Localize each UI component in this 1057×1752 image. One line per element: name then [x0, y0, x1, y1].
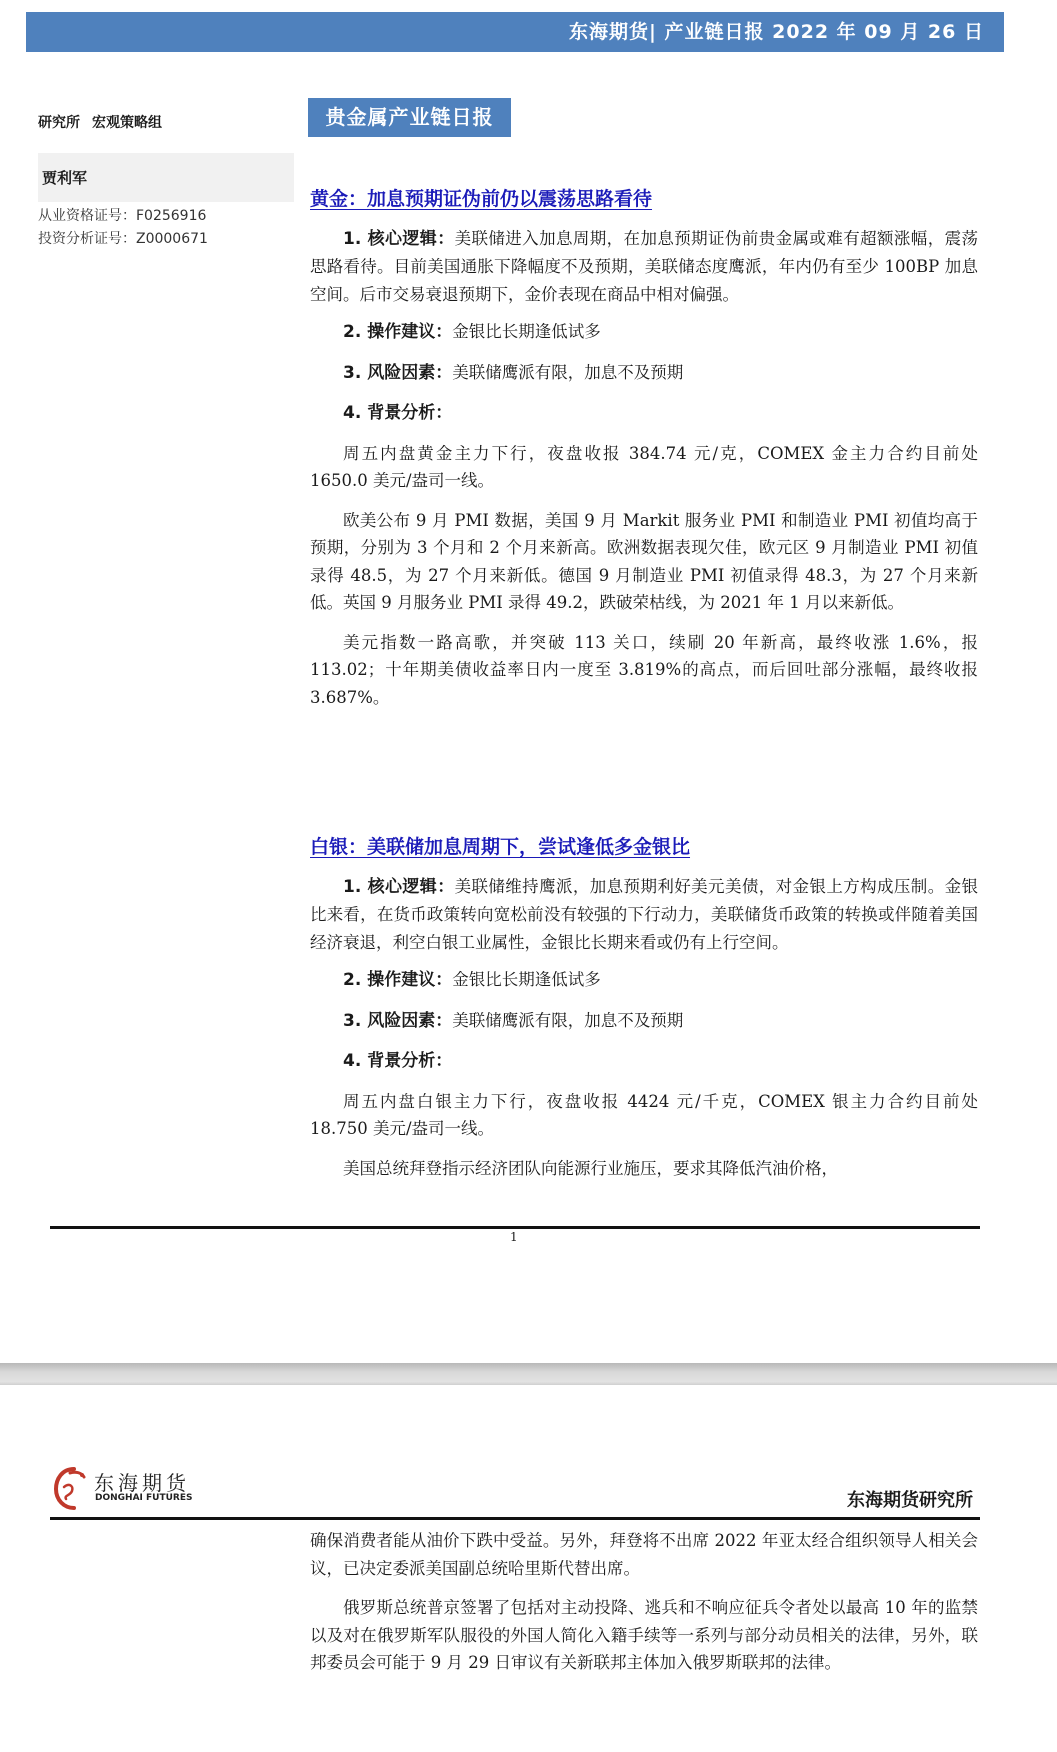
core-logic-label: 1. 核心逻辑：	[343, 877, 455, 897]
qualification-cert: 从业资格证号：F0256916	[38, 205, 206, 225]
gold-background-para: 美元指数一路高歌，并突破 113 关口，续刷 20 年新高，最终收涨 1.6%，…	[310, 629, 978, 712]
report-header-band: 东海期货| 产业链日报 2022 年 09 月 26 日	[26, 12, 1004, 52]
continued-para: 确保消费者能从油价下跌中受益。另外，拜登将不出席 2022 年亚太经合组织领导人…	[310, 1527, 978, 1582]
gold-risk: 3. 风险因素：美联储鹰派有限，加息不及预期	[310, 359, 978, 388]
page2-content: 确保消费者能从油价下跌中受益。另外，拜登将不出席 2022 年亚太经合组织领导人…	[310, 1527, 978, 1677]
silver-core-logic: 1. 核心逻辑：美联储维持鹰派，加息预期利好美元美债，对金银上方构成压制。金银比…	[310, 873, 978, 957]
page-number: 1	[510, 1230, 518, 1244]
department-label: 研究所宏观策略组	[38, 112, 162, 132]
silver-background-label: 4. 背景分析：	[310, 1047, 978, 1076]
advice-label: 2. 操作建议：	[343, 970, 452, 990]
report-brand-date: 东海期货| 产业链日报 2022 年 09 月 26 日	[569, 12, 984, 52]
gold-core-logic: 1. 核心逻辑：美联储进入加息周期，在加息预期证伪前贵金属或难有超额涨幅，震荡思…	[310, 225, 978, 309]
risk-label: 3. 风险因素：	[343, 363, 452, 383]
gold-section: 黄金：加息预期证伪前仍以震荡思路看待 1. 核心逻辑：美联储进入加息周期，在加息…	[310, 186, 978, 711]
silver-background-para: 周五内盘白银主力下行，夜盘收报 4424 元/千克，COMEX 银主力合约目前处…	[310, 1088, 978, 1143]
author-name: 贾利军	[42, 167, 87, 188]
advice-label: 2. 操作建议：	[343, 322, 452, 342]
silver-background-para: 美国总统拜登指示经济团队向能源行业施压，要求其降低汽油价格，	[310, 1155, 978, 1183]
gold-advice: 2. 操作建议：金银比长期逢低试多	[310, 318, 978, 347]
silver-advice: 2. 操作建议：金银比长期逢低试多	[310, 966, 978, 995]
advice-text: 金银比长期逢低试多	[452, 322, 601, 341]
dragon-logo-icon	[52, 1465, 92, 1511]
page-separator	[0, 1363, 1057, 1385]
donghai-logo: 东海期货 DONGHAI FUTURES	[52, 1465, 212, 1511]
logo-english: DONGHAI FUTURES	[95, 1493, 192, 1503]
gold-background-para: 欧美公布 9 月 PMI 数据，美国 9 月 Markit 服务业 PMI 和制…	[310, 507, 978, 617]
silver-section: 白银：美联储加息周期下，尝试逢低多金银比 1. 核心逻辑：美联储维持鹰派，加息预…	[310, 834, 978, 1182]
risk-text: 美联储鹰派有限，加息不及预期	[452, 1011, 683, 1030]
dept-institute: 研究所	[38, 115, 80, 131]
gold-heading[interactable]: 黄金：加息预期证伪前仍以震荡思路看待	[310, 186, 978, 214]
page-footer-rule	[50, 1226, 980, 1229]
page-header-rule	[50, 1517, 980, 1520]
institute-name: 东海期货研究所	[847, 1486, 973, 1512]
gold-background-para: 周五内盘黄金主力下行，夜盘收报 384.74 元/克，COMEX 金主力合约目前…	[310, 440, 978, 495]
silver-heading[interactable]: 白银：美联储加息周期下，尝试逢低多金银比	[310, 834, 978, 862]
gold-background-label: 4. 背景分析：	[310, 399, 978, 428]
dept-group: 宏观策略组	[92, 115, 162, 131]
report-title-badge: 贵金属产业链日报	[308, 98, 511, 137]
advice-text: 金银比长期逢低试多	[452, 970, 601, 989]
core-logic-label: 1. 核心逻辑：	[343, 229, 455, 249]
analysis-cert: 投资分析证号：Z0000671	[38, 228, 208, 248]
risk-label: 3. 风险因素：	[343, 1011, 452, 1031]
silver-risk: 3. 风险因素：美联储鹰派有限，加息不及预期	[310, 1007, 978, 1036]
russia-para: 俄罗斯总统普京签署了包括对主动投降、逃兵和不响应征兵令者处以最高 10 年的监禁…	[310, 1594, 978, 1677]
logo-chinese: 东海期货	[94, 1467, 190, 1496]
risk-text: 美联储鹰派有限，加息不及预期	[452, 363, 683, 382]
author-box: 贾利军	[38, 153, 294, 202]
